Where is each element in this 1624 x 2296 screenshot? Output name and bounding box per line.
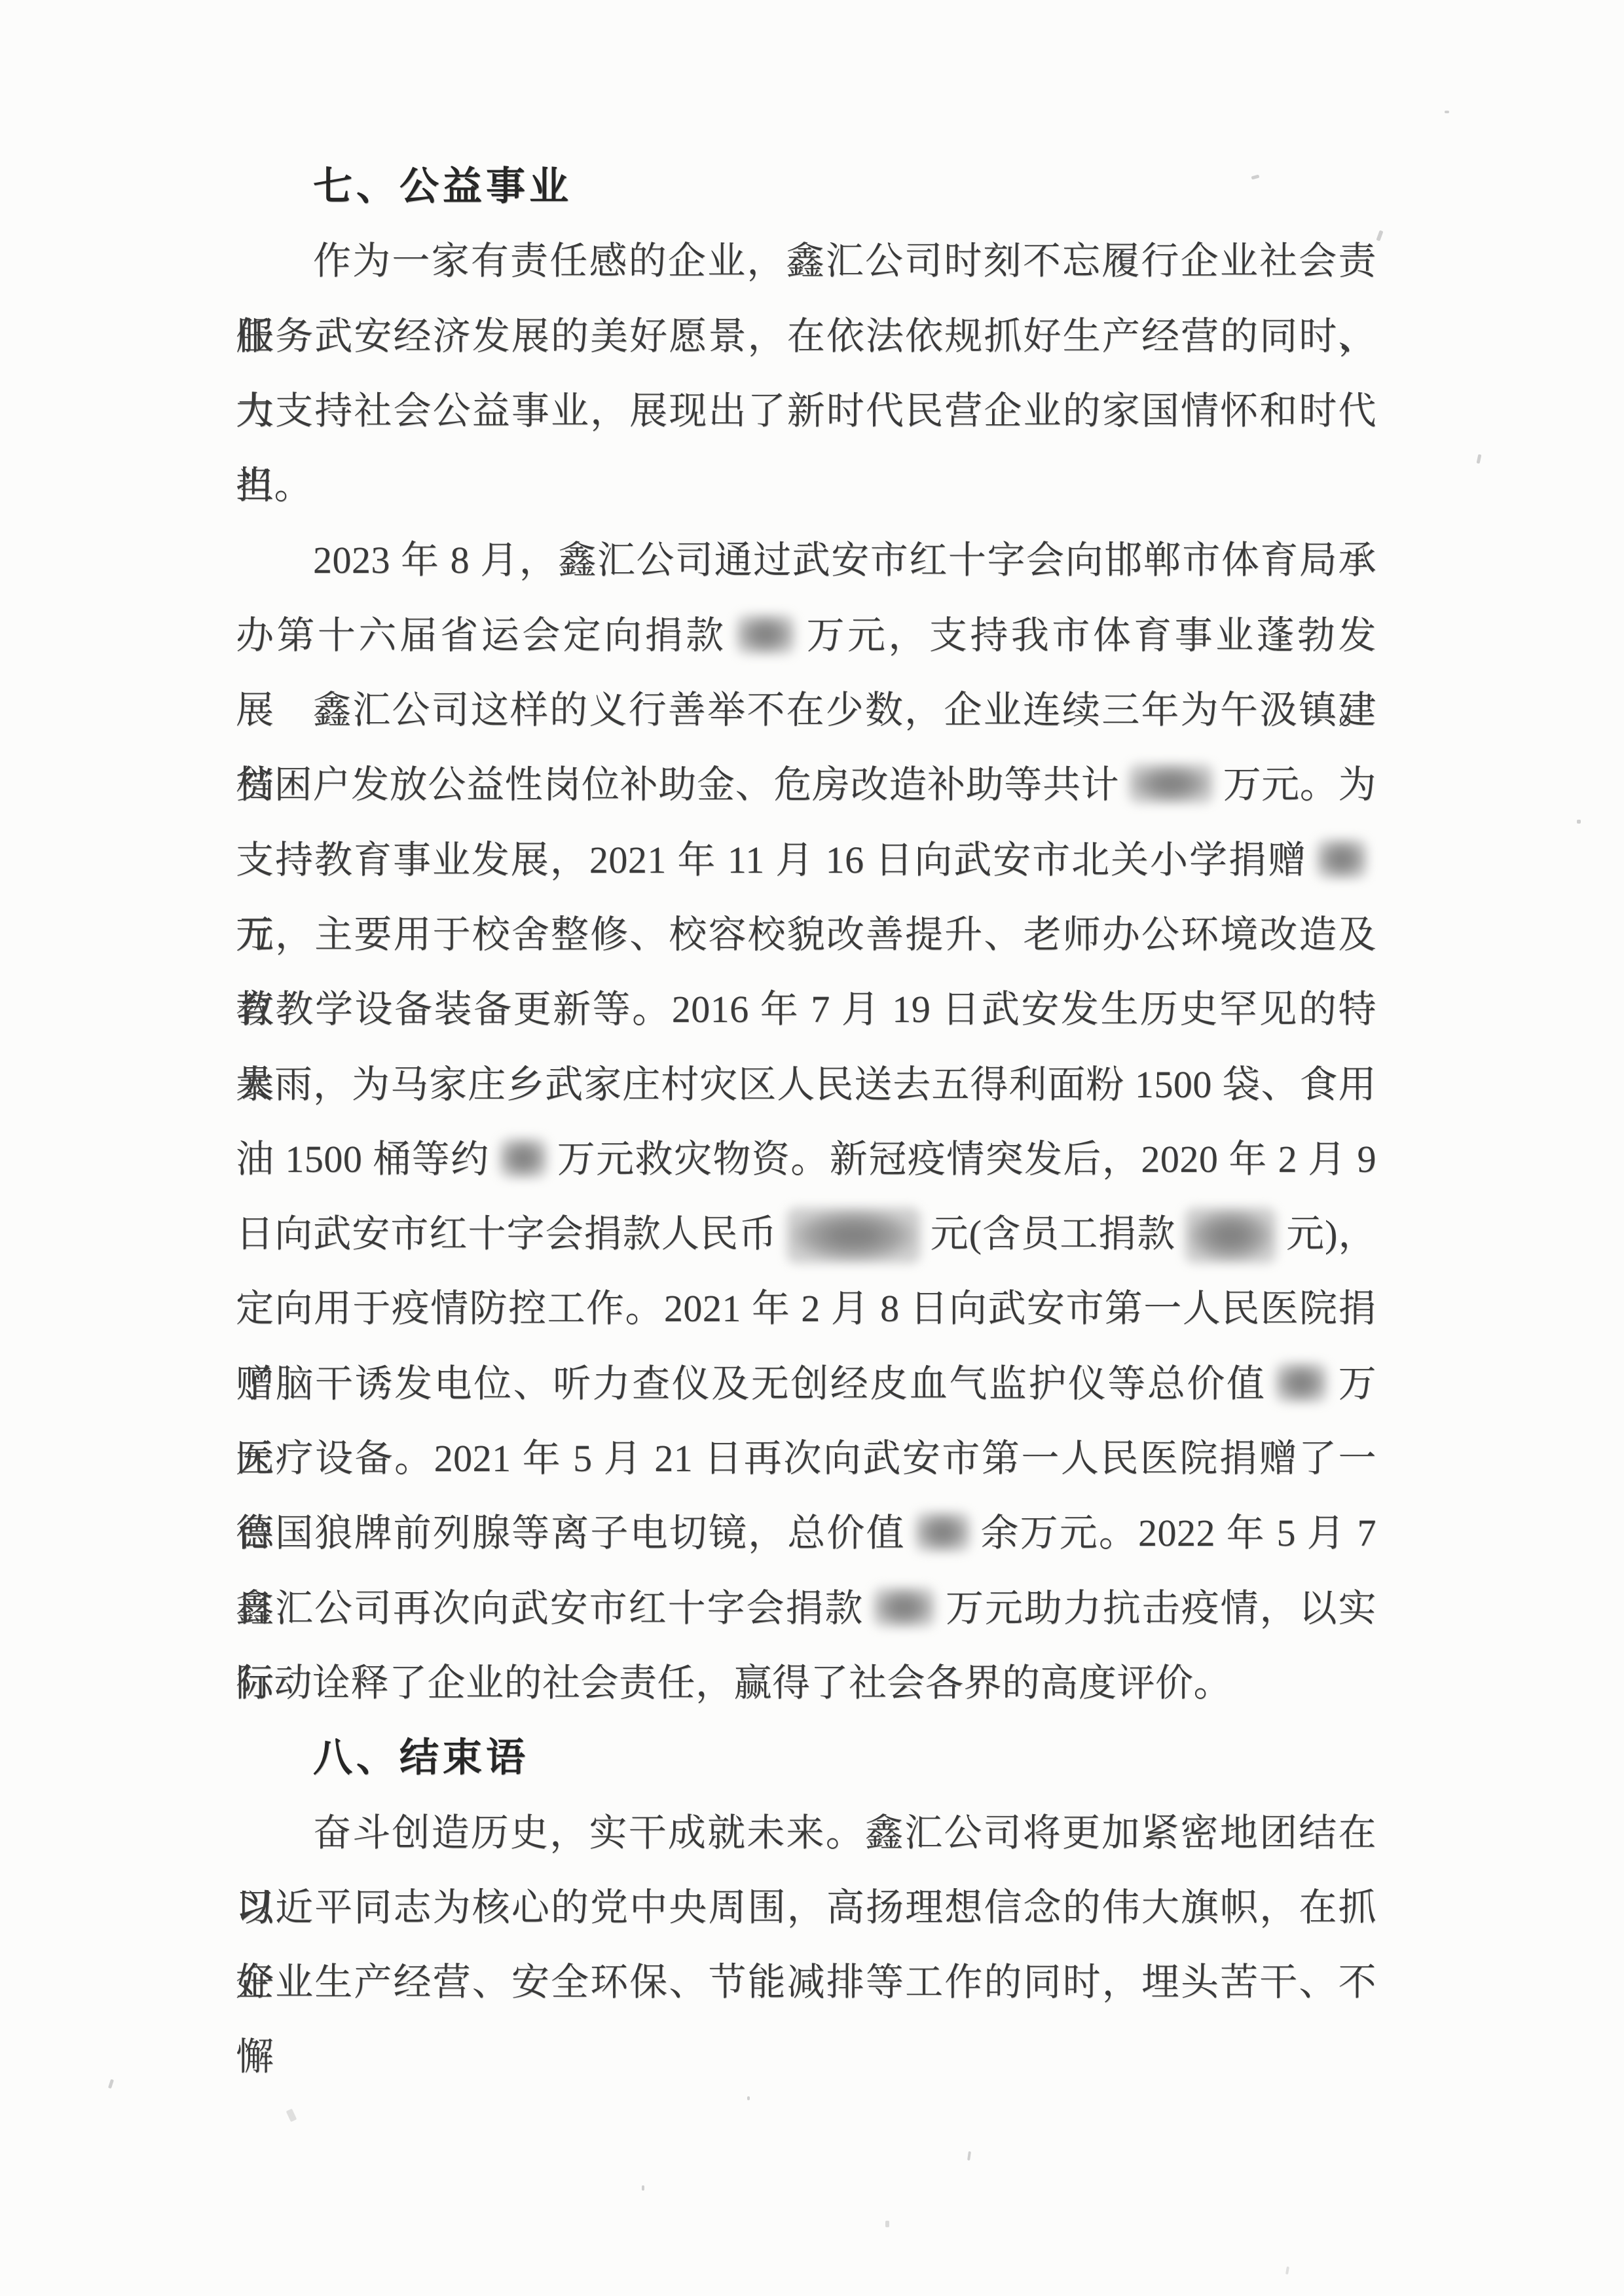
- text-line: 医疗设备。2021 年 5 月 21 日再次向武安市第一人民医院捐赠了一台: [236, 1421, 1376, 1496]
- redacted-amount-blur: [1275, 1362, 1327, 1403]
- redacted-amount-blur: [736, 614, 795, 655]
- line-text: 了脑干诱发电位、听力查仪及无创经皮血气监护仪等总价值: [236, 1362, 1266, 1405]
- line-text: 鑫汇公司再次向武安市红十字会捐款: [236, 1587, 864, 1630]
- scan-speck: [885, 2221, 889, 2227]
- text-line: 习近平同志为核心的党中央周围，高扬理想信念的伟大旗帜，在抓好: [236, 1870, 1376, 1945]
- text-line: 企业生产经营、安全环保、节能减排等工作的同时，埋头苦干、不懈: [236, 1945, 1376, 2020]
- scan-speck: [642, 2185, 644, 2191]
- scan-speck: [1445, 111, 1449, 113]
- heading-section-8: 八、结束语: [236, 1721, 1376, 1795]
- text-line: 服务武安经济发展的美好愿景，在依法依规抓好生产经营的同时，大: [236, 299, 1376, 374]
- scan-speck: [967, 2151, 971, 2160]
- line-text: 万元救灾物资。新冠疫情突发后，2020 年 2 月 9: [557, 1138, 1376, 1180]
- text-line: 暴雨，为马家庄乡武家庄村灾区人民送去五得利面粉 1500 袋、食用: [236, 1048, 1376, 1122]
- scan-speck: [108, 2079, 114, 2089]
- line-text: 油 1500 桶等约: [236, 1138, 490, 1180]
- text-line: 油 1500 桶等约万元救灾物资。新冠疫情突发后，2020 年 2 月 9: [236, 1122, 1376, 1197]
- line-text: 元(含员工捐款: [930, 1212, 1175, 1255]
- text-line: 2023 年 8 月，鑫汇公司通过武安市红十字会向邯郸市体育局承: [236, 523, 1376, 598]
- text-line: 日向武安市红十字会捐款人民币元(含员工捐款元)，: [236, 1197, 1376, 1271]
- redacted-amount-blur: [1316, 839, 1367, 879]
- text-line: 支持教育事业发展，2021 年 11 月 16 日向武安市北关小学捐赠万: [236, 823, 1376, 898]
- text-line: 德国狼牌前列腺等离子电切镜，总价值余万元。2022 年 5 月 7 日: [236, 1496, 1376, 1571]
- document-page: 七、公益事业 作为一家有责任感的企业，鑫汇公司时刻不忘履行企业社会责任、 服务武…: [0, 0, 1624, 2296]
- scan-speck: [747, 2096, 750, 2100]
- line-text: 元)，: [1285, 1212, 1376, 1255]
- redacted-amount-blur: [1185, 1207, 1276, 1264]
- redacted-amount-blur: [1128, 763, 1213, 804]
- text-line: 贫困户发放公益性岗位补助金、危房改造补助等共计万元。为: [236, 748, 1376, 822]
- line-text: 贫困户发放公益性岗位补助金、危房改造补助等共计: [236, 763, 1119, 806]
- scan-speck: [1376, 230, 1383, 241]
- text-block: 七、公益事业 作为一家有责任感的企业，鑫汇公司时刻不忘履行企业社会责任、 服务武…: [236, 149, 1376, 2020]
- heading-section-7: 七、公益事业: [236, 149, 1376, 224]
- text-line: 育教学设备装备更新等。2016 年 7 月 19 日武安发生历史罕见的特大: [236, 972, 1376, 1047]
- line-text: 日向武安市红十字会捐款人民币: [236, 1212, 777, 1255]
- text-line: 定向用于疫情防控工作。2021 年 2 月 8 日向武安市第一人民医院捐赠: [236, 1271, 1376, 1346]
- line-text: 德国狼牌前列腺等离子电切镜，总价值: [236, 1512, 906, 1554]
- text-line: 当。: [236, 448, 1376, 523]
- redacted-amount-blur: [499, 1138, 547, 1178]
- scan-speck: [1285, 2267, 1289, 2275]
- scan-speck: [286, 2109, 297, 2123]
- scan-speck: [1477, 454, 1482, 464]
- line-text: 万元。为: [1223, 763, 1376, 806]
- text-line: 了脑干诱发电位、听力查仪及无创经皮血气监护仪等总价值万元: [236, 1347, 1376, 1421]
- text-line: 力支持社会公益事业，展现出了新时代民营企业的家国情怀和时代担: [236, 374, 1376, 448]
- redacted-amount-blur: [873, 1587, 935, 1628]
- text-line: 办第十六届省运会定向捐款万元，支持我市体育事业蓬勃发展。: [236, 598, 1376, 673]
- line-text: 办第十六届省运会定向捐款: [236, 614, 727, 657]
- redacted-amount-blur: [786, 1207, 921, 1264]
- scan-speck: [1577, 820, 1581, 824]
- text-line: 鑫汇公司再次向武安市红十字会捐款万元助力抗击疫情，以实际: [236, 1571, 1376, 1646]
- text-line: 奋斗创造历史，实干成就未来。鑫汇公司将更加紧密地团结在以: [236, 1796, 1376, 1870]
- text-line: 元，主要用于校舍整修、校容校貌改善提升、老师办公环境改造及教: [236, 898, 1376, 972]
- text-line: 行动诠释了企业的社会责任，赢得了社会各界的高度评价。: [236, 1646, 1376, 1721]
- text-line: 作为一家有责任感的企业，鑫汇公司时刻不忘履行企业社会责任、: [236, 224, 1376, 299]
- redacted-amount-blur: [915, 1512, 970, 1552]
- line-text: 支持教育事业发展，2021 年 11 月 16 日向武安市北关小学捐赠: [236, 839, 1307, 881]
- text-line: 鑫汇公司这样的义行善举不在少数，企业连续三年为午汲镇建档: [236, 673, 1376, 748]
